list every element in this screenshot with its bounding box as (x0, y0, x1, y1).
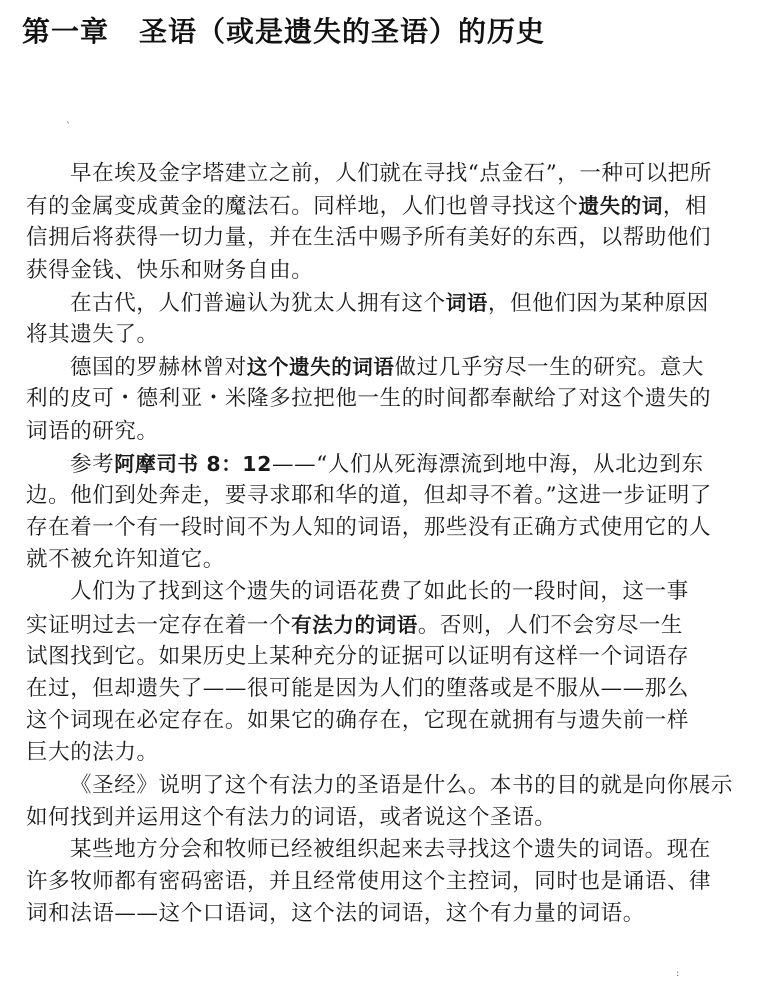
text-line: 将其遗失了。 (26, 319, 744, 351)
text-run: 许多牧师都有密码密语，并且经常使用这个主控词，同时也是诵语、律 (26, 869, 711, 894)
text-line: 德国的罗赫林曾对这个遗失的词语做过几乎穷尽一生的研究。意大 (26, 351, 744, 383)
document-body: 早在埃及金字塔建立之前，人们就在寻找“点金石”，一种可以把所有的金属变成黄金的魔… (26, 158, 744, 931)
text-run: ，相 (663, 194, 707, 219)
text-run: 德国的罗赫林曾对 (70, 355, 247, 380)
text-line: 许多牧师都有密码密语，并且经常使用这个主控词，同时也是诵语、律 (26, 866, 744, 898)
text-line: 试图找到它。如果历史上某种充分的证据可以证明有这样一个词语存 (26, 641, 744, 673)
emphasized-text: 有法力的词语 (291, 613, 418, 637)
text-run: 参考 (70, 452, 114, 477)
scan-speck: : (676, 968, 679, 979)
text-line: 在过，但却遗失了——很可能是因为人们的堕落或是不服从——那么 (26, 673, 744, 705)
text-run: 如何找到并运用这个有法力的词语，或者说这个圣语。 (26, 805, 556, 830)
text-run: ——“人们从死海漂流到地中海，从北边到东 (272, 452, 704, 477)
text-run: 这个词现在必定存在。如果它的确存在，它现在就拥有与遗失前一样 (26, 708, 689, 733)
paragraph: 早在埃及金字塔建立之前，人们就在寻找“点金石”，一种可以把所有的金属变成黄金的魔… (26, 158, 744, 287)
text-line: 获得金钱、快乐和财务自由。 (26, 255, 744, 287)
text-line: 就不被允许知道它。 (26, 544, 744, 576)
text-run: 利的皮可・德利亚・米隆多拉把他一生的时间都奉献给了对这个遗失的 (26, 386, 711, 411)
emphasized-text: 阿摩司书 8：12 (114, 452, 272, 476)
text-run: 词和法语——这个口语词，这个法的词语，这个有力量的词语。 (26, 901, 645, 926)
text-run: 在古代，人们普遍认为犹太人拥有这个 (70, 291, 446, 316)
chapter-heading: 圣语（或是遗失的圣语）的历史 (139, 15, 545, 48)
text-run: 。否则，人们不会穷尽一生 (418, 613, 683, 638)
chapter-title: 第一章圣语（或是遗失的圣语）的历史 (22, 10, 545, 50)
text-line: 早在埃及金字塔建立之前，人们就在寻找“点金石”，一种可以把所 (26, 158, 744, 190)
text-line: 信拥后将获得一切力量，并在生活中赐予所有美好的东西，以帮助他们 (26, 222, 744, 254)
text-line: 词和法语——这个口语词，这个法的词语，这个有力量的词语。 (26, 898, 744, 930)
text-run: 试图找到它。如果历史上某种充分的证据可以证明有这样一个词语存 (26, 644, 689, 669)
emphasized-text: 遗失的词 (579, 194, 663, 218)
paragraph: 某些地方分会和牧师已经被组织起来去寻找这个遗失的词语。现在许多牧师都有密码密语，… (26, 834, 744, 931)
text-line: 边。他们到处奔走，要寻求耶和华的道，但却寻不着。”这进一步证明了 (26, 480, 744, 512)
text-line: 参考阿摩司书 8：12——“人们从死海漂流到地中海，从北边到东 (26, 448, 744, 480)
text-run: 词语的研究。 (26, 419, 159, 444)
text-run: ，但他们因为某种原因 (488, 291, 709, 316)
text-run: 有的金属变成黄金的魔法石。同样地，人们也曾寻找这个 (26, 194, 579, 219)
paragraph: 参考阿摩司书 8：12——“人们从死海漂流到地中海，从北边到东边。他们到处奔走，… (26, 448, 744, 577)
text-line: 《圣经》说明了这个有法力的圣语是什么。本书的目的就是向你展示 (26, 770, 744, 802)
text-run: 实证明过去一定存在着一个 (26, 613, 291, 638)
text-line: 词语的研究。 (26, 416, 744, 448)
text-line: 在古代，人们普遍认为犹太人拥有这个词语，但他们因为某种原因 (26, 287, 744, 319)
text-line: 如何找到并运用这个有法力的词语，或者说这个圣语。 (26, 802, 744, 834)
scan-speck: ˋ (66, 122, 71, 133)
paragraph: 在古代，人们普遍认为犹太人拥有这个词语，但他们因为某种原因将其遗失了。 (26, 287, 744, 351)
text-run: 早在埃及金字塔建立之前，人们就在寻找“点金石”，一种可以把所 (70, 161, 712, 186)
text-run: 获得金钱、快乐和财务自由。 (26, 258, 313, 283)
chapter-number: 第一章 (22, 15, 109, 48)
text-run: 存在着一个有一段时间不为人知的词语，那些没有正确方式使用它的人 (26, 515, 711, 540)
text-run: 就不被允许知道它。 (26, 547, 225, 572)
paragraph: 人们为了找到这个遗失的词语花费了如此长的一段时间，这一事实证明过去一定存在着一个… (26, 576, 744, 769)
text-line: 巨大的法力。 (26, 737, 744, 769)
text-line: 实证明过去一定存在着一个有法力的词语。否则，人们不会穷尽一生 (26, 609, 744, 641)
text-line: 利的皮可・德利亚・米隆多拉把他一生的时间都奉献给了对这个遗失的 (26, 383, 744, 415)
paragraph: 德国的罗赫林曾对这个遗失的词语做过几乎穷尽一生的研究。意大利的皮可・德利亚・米隆… (26, 351, 744, 448)
text-run: 《圣经》说明了这个有法力的圣语是什么。本书的目的就是向你展示 (70, 773, 733, 798)
text-run: 在过，但却遗失了——很可能是因为人们的堕落或是不服从——那么 (26, 676, 689, 701)
text-line: 某些地方分会和牧师已经被组织起来去寻找这个遗失的词语。现在 (26, 834, 744, 866)
text-run: 做过几乎穷尽一生的研究。意大 (395, 355, 704, 380)
text-run: 边。他们到处奔走，要寻求耶和华的道，但却寻不着。”这进一步证明了 (26, 483, 712, 508)
text-run: 巨大的法力。 (26, 740, 159, 765)
text-run: 人们为了找到这个遗失的词语花费了如此长的一段时间，这一事 (70, 579, 689, 604)
emphasized-text: 这个遗失的词语 (247, 355, 395, 379)
text-line: 人们为了找到这个遗失的词语花费了如此长的一段时间，这一事 (26, 576, 744, 608)
text-line: 这个词现在必定存在。如果它的确存在，它现在就拥有与遗失前一样 (26, 705, 744, 737)
paragraph: 《圣经》说明了这个有法力的圣语是什么。本书的目的就是向你展示如何找到并运用这个有… (26, 770, 744, 834)
text-run: 信拥后将获得一切力量，并在生活中赐予所有美好的东西，以帮助他们 (26, 225, 711, 250)
text-run: 将其遗失了。 (26, 322, 159, 347)
text-line: 存在着一个有一段时间不为人知的词语，那些没有正确方式使用它的人 (26, 512, 744, 544)
emphasized-text: 词语 (446, 291, 488, 315)
text-run: 某些地方分会和牧师已经被组织起来去寻找这个遗失的词语。现在 (70, 837, 711, 862)
text-line: 有的金属变成黄金的魔法石。同样地，人们也曾寻找这个遗失的词，相 (26, 190, 744, 222)
